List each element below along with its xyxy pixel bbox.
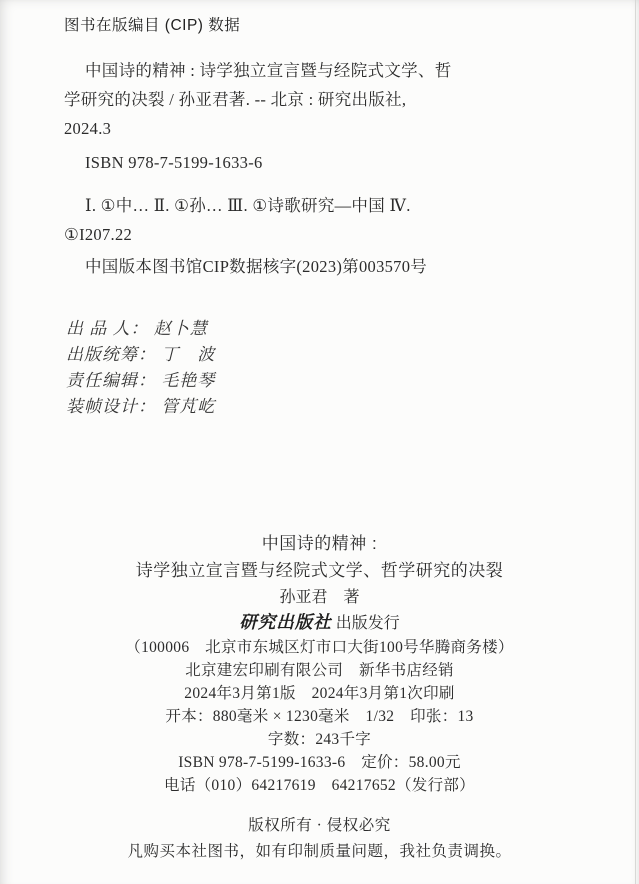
- publisher-suffix: 出版发行: [332, 615, 400, 632]
- cip-record-number: 中国版本图书馆CIP数据核字(2023)第003570号: [64, 252, 605, 281]
- credit-designer: 装帧设计： 管芃屹: [66, 394, 215, 420]
- edition-printing: 2024年3月第1版 2024年3月第1次印刷: [0, 682, 639, 705]
- cip-title-line-1: 中国诗的精神 : 诗学独立宣言暨与经院式文学、哲: [64, 56, 605, 85]
- credit-producer-label: 出 品 人：: [66, 319, 154, 338]
- book-subtitle: 诗学独立宣言暨与经院式文学、哲学研究的决裂: [0, 558, 639, 585]
- publisher-address: （100006 北京市东城区灯市口大街100号华腾商务楼）: [0, 636, 639, 659]
- phone-numbers: 电话（010）64217619 64217652（发行部）: [0, 774, 639, 797]
- cip-title-line-2: 学研究的决裂 / 孙亚君著. -- 北京 : 研究出版社,: [64, 85, 605, 114]
- cip-isbn: ISBN 978-7-5199-1633-6: [64, 148, 605, 177]
- credit-editor-name: 毛艳琴: [161, 371, 215, 390]
- isbn-price: ISBN 978-7-5199-1633-6 定价：58.00元: [0, 751, 639, 774]
- credit-editor-label: 责任编辑：: [66, 371, 161, 390]
- credit-coordinator-name: 丁 波: [161, 345, 215, 364]
- credit-coordinator-label: 出版统筹：: [66, 345, 161, 364]
- colophon: 中国诗的精神 : 诗学独立宣言暨与经院式文学、哲学研究的决裂 孙亚君 著 研究出…: [0, 531, 639, 797]
- credit-producer: 出 品 人： 赵卜慧: [66, 316, 215, 342]
- credit-designer-label: 装帧设计：: [66, 397, 161, 416]
- cip-classification-1: Ⅰ. ①中… Ⅱ. ①孙… Ⅲ. ①诗歌研究—中国 Ⅳ.: [64, 191, 605, 220]
- credit-editor: 责任编辑： 毛艳琴: [66, 368, 215, 394]
- cip-body: 中国诗的精神 : 诗学独立宣言暨与经院式文学、哲 学研究的决裂 / 孙亚君著. …: [64, 56, 605, 281]
- book-author: 孙亚君 著: [0, 585, 639, 610]
- footer-notices: 版权所有 · 侵权必究 凡购买本社图书，如有印制质量问题，我社负责调换。: [0, 813, 639, 865]
- book-title: 中国诗的精神 :: [0, 531, 639, 558]
- credit-coordinator: 出版统筹： 丁 波: [66, 342, 215, 368]
- publisher-logo: 研究出版社: [239, 612, 332, 632]
- cip-header: 图书在版编目 (CIP) 数据: [64, 13, 240, 35]
- staff-credits: 出 品 人： 赵卜慧 出版统筹： 丁 波 责任编辑： 毛艳琴 装帧设计： 管芃屹: [66, 316, 215, 420]
- credit-producer-name: 赵卜慧: [154, 319, 208, 338]
- format-sheets: 开本：880毫米 × 1230毫米 1/32 印张：13: [0, 705, 639, 728]
- word-count: 字数：243千字: [0, 728, 639, 751]
- copyright-notice: 版权所有 · 侵权必究: [0, 813, 639, 839]
- copyright-page: 图书在版编目 (CIP) 数据 中国诗的精神 : 诗学独立宣言暨与经院式文学、哲…: [0, 0, 639, 884]
- printer-distributor: 北京建宏印刷有限公司 新华书店经销: [0, 659, 639, 682]
- cip-classification-2: ①I207.22: [64, 220, 605, 249]
- replacement-notice: 凡购买本社图书，如有印制质量问题，我社负责调换。: [0, 839, 639, 865]
- publisher-line: 研究出版社 出版发行: [0, 610, 639, 636]
- cip-edition-year: 2024.3: [64, 114, 605, 143]
- credit-designer-name: 管芃屹: [161, 397, 215, 416]
